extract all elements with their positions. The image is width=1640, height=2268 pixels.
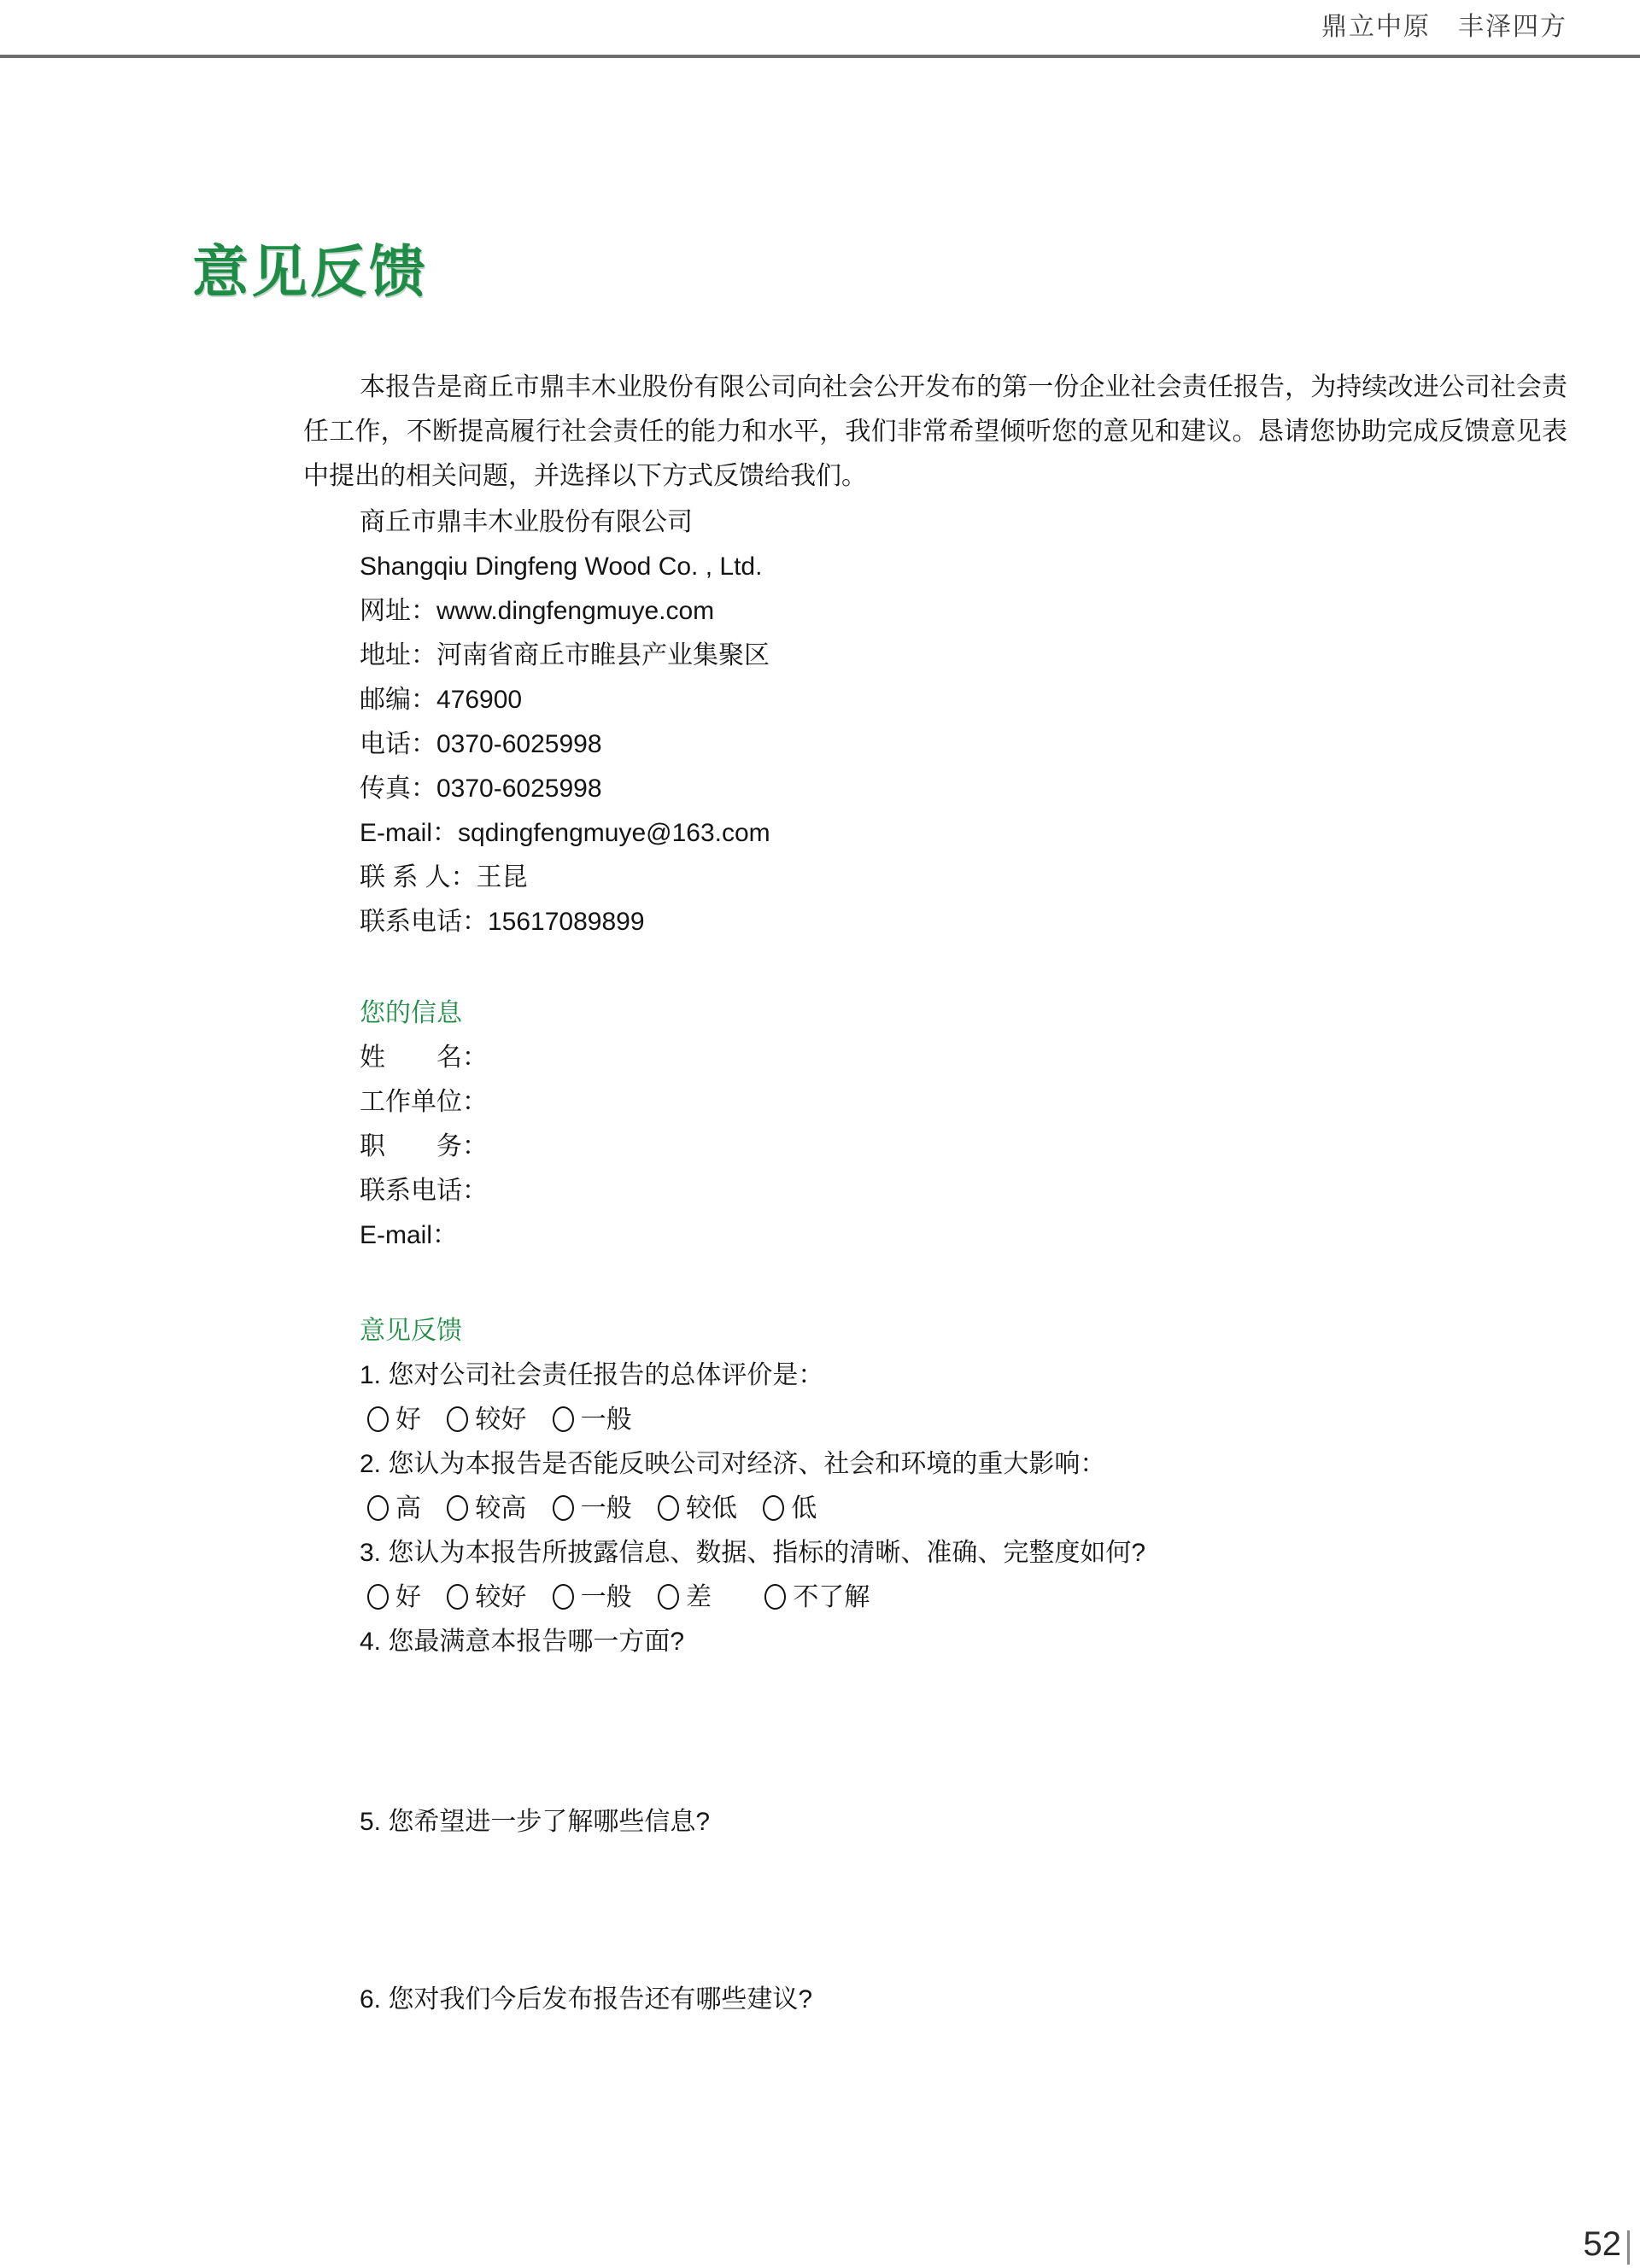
header-slogan: 鼎立中原 丰泽四方 <box>1321 5 1567 43</box>
field-name-label: 姓 名： <box>360 1036 488 1080</box>
feedback-heading: 意见反馈 <box>360 1309 1145 1353</box>
option-label: 较好 <box>475 1406 526 1434</box>
option-label: 好 <box>395 1406 421 1434</box>
radio-circle-icon <box>367 1495 389 1521</box>
your-info-section: 您的信息 姓 名： 工作单位： 职 务： 联系电话： E-mail： <box>360 991 488 1258</box>
radio-option[interactable]: 不了解 <box>764 1575 870 1620</box>
website-line: 网址：www.dingfengmuye.com <box>360 589 770 634</box>
radio-circle-icon <box>447 1495 468 1521</box>
question-1: 1. 您对公司社会责任报告的总体评价是： <box>360 1353 1145 1398</box>
radio-circle-icon <box>367 1584 389 1610</box>
option-label: 一般 <box>581 1406 632 1434</box>
radio-circle-icon <box>447 1406 468 1432</box>
radio-option[interactable]: 好 <box>367 1398 421 1442</box>
question-3: 3. 您认为本报告所披露信息、数据、指标的清晰、准确、完整度如何? <box>360 1531 1145 1575</box>
question-2: 2. 您认为本报告是否能反映公司对经济、社会和环境的重大影响： <box>360 1442 1145 1487</box>
radio-circle-icon <box>553 1495 574 1521</box>
question-6: 6. 您对我们今后发布报告还有哪些建议? <box>360 1978 812 2022</box>
intro-paragraph: 本报告是商丘市鼎丰木业股份有限公司向社会公开发布的第一份企业社会责任报告，为持续… <box>303 365 1567 499</box>
radio-option[interactable]: 好 <box>367 1575 421 1620</box>
field-position-label: 职 务： <box>360 1125 488 1169</box>
option-label: 好 <box>395 1583 421 1611</box>
option-label: 较好 <box>475 1583 526 1611</box>
report-page: 鼎立中原 丰泽四方 意见反馈 本报告是商丘市鼎丰木业股份有限公司向社会公开发布的… <box>0 0 1640 2268</box>
question-4: 4. 您最满意本报告哪一方面? <box>360 1620 1145 1664</box>
option-label: 较低 <box>686 1494 737 1523</box>
option-label: 不了解 <box>793 1583 870 1611</box>
your-info-heading: 您的信息 <box>360 991 488 1036</box>
contact-phone-line: 联系电话：15617089899 <box>360 900 770 944</box>
header-divider <box>0 55 1640 58</box>
question-1-options: 好 较好 一般 <box>360 1398 1145 1442</box>
option-label: 高 <box>395 1494 421 1523</box>
radio-circle-icon <box>553 1584 574 1610</box>
field-email-label: E-mail： <box>360 1213 488 1258</box>
radio-option[interactable]: 较好 <box>447 1398 526 1442</box>
radio-option[interactable]: 差 <box>658 1575 712 1620</box>
radio-circle-icon <box>764 1584 786 1610</box>
company-name-en: Shangqiu Dingfeng Wood Co. , Ltd. <box>360 545 770 589</box>
field-employer-label: 工作单位： <box>360 1080 488 1125</box>
radio-option[interactable]: 一般 <box>553 1487 632 1531</box>
radio-option[interactable]: 高 <box>367 1487 421 1531</box>
radio-option[interactable]: 较好 <box>447 1575 526 1620</box>
contact-block: 商丘市鼎丰木业股份有限公司 Shangqiu Dingfeng Wood Co.… <box>360 500 770 944</box>
radio-circle-icon <box>658 1495 679 1521</box>
option-label: 较高 <box>475 1494 526 1523</box>
field-phone-label: 联系电话： <box>360 1169 488 1213</box>
option-label: 差 <box>686 1583 712 1611</box>
question-5: 5. 您希望进一步了解哪些信息? <box>360 1800 710 1844</box>
feedback-section: 意见反馈 1. 您对公司社会责任报告的总体评价是： 好 较好 一般 2. 您认为… <box>360 1309 1145 1664</box>
radio-circle-icon <box>447 1584 468 1610</box>
page-number-divider <box>1627 2230 1630 2265</box>
radio-circle-icon <box>553 1406 574 1432</box>
radio-option[interactable]: 较低 <box>658 1487 737 1531</box>
phone-line: 电话：0370-6025998 <box>360 722 770 767</box>
page-number: 52 <box>1495 2225 1621 2263</box>
email-line: E-mail：sqdingfengmuye@163.com <box>360 811 770 856</box>
page-title: 意见反馈 <box>192 241 428 302</box>
option-label: 一般 <box>581 1583 632 1611</box>
address-line: 地址：河南省商丘市睢县产业集聚区 <box>360 634 770 678</box>
fax-line: 传真：0370-6025998 <box>360 767 770 811</box>
radio-option[interactable]: 一般 <box>553 1575 632 1620</box>
radio-option[interactable]: 一般 <box>553 1398 632 1442</box>
radio-circle-icon <box>658 1584 679 1610</box>
radio-circle-icon <box>367 1406 389 1432</box>
radio-option[interactable]: 低 <box>763 1487 817 1531</box>
question-3-options: 好 较好 一般 差 不了解 <box>360 1575 1145 1620</box>
radio-option[interactable]: 较高 <box>447 1487 526 1531</box>
postcode-line: 邮编：476900 <box>360 678 770 722</box>
contact-person-line: 联 系 人：王昆 <box>360 856 770 900</box>
option-label: 一般 <box>581 1494 632 1523</box>
radio-circle-icon <box>763 1495 784 1521</box>
option-label: 低 <box>791 1494 817 1523</box>
question-2-options: 高 较高 一般 较低 低 <box>360 1487 1145 1531</box>
company-name-cn: 商丘市鼎丰木业股份有限公司 <box>360 500 770 545</box>
